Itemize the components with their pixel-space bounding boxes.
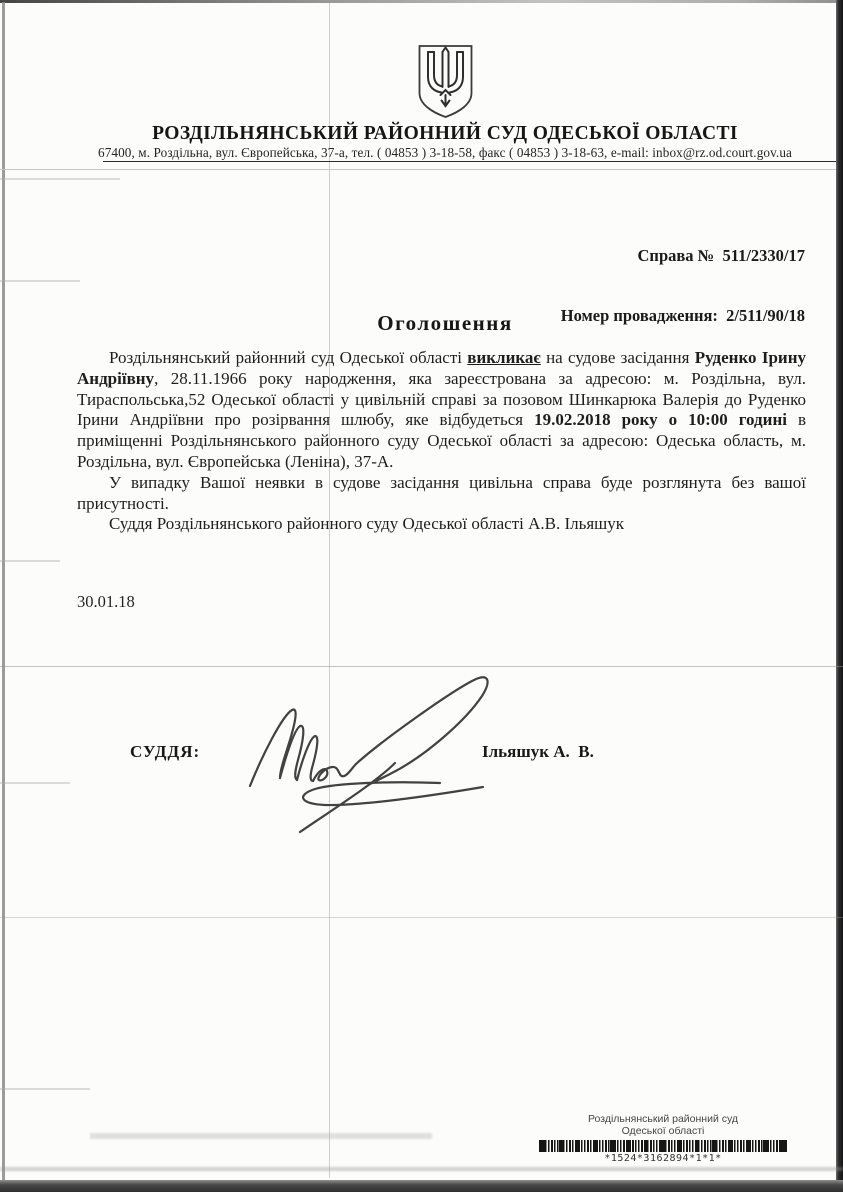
barcode-value: *1524*3162894*1*1* xyxy=(538,1153,788,1165)
letterhead-rule xyxy=(103,161,836,162)
paper-fold-vertical xyxy=(329,0,330,1178)
stamp-court-line2: Одеської області xyxy=(538,1126,788,1138)
text-segment-bold: 19.02.2018 року о 10:00 годині xyxy=(534,410,787,429)
court-name: РОЗДІЛЬНЯНСЬКИЙ РАЙОННИЙ СУД ОДЕСЬКОЇ ОБ… xyxy=(50,123,840,145)
paper-fold-horizontal-2 xyxy=(0,917,843,918)
scan-edge-right xyxy=(836,0,843,1192)
judge-signature-label: СУДДЯ: xyxy=(130,742,200,762)
paper-fold-horizontal xyxy=(0,666,843,667)
registration-stamp: Роздільнянський районний суд Одеської об… xyxy=(538,1114,788,1165)
text-segment: на судове засідання xyxy=(541,348,695,367)
case-number-line: Справа № 511/2330/17 xyxy=(561,246,805,266)
scan-streak xyxy=(0,280,80,282)
judge-handwritten-signature xyxy=(230,668,500,843)
scanned-court-document: РОЗДІЛЬНЯНСЬКИЙ РАЙОННИЙ СУД ОДЕСЬКОЇ ОБ… xyxy=(0,0,843,1192)
scan-streak xyxy=(0,782,70,784)
document-body: Роздільнянський районний суд Одеської об… xyxy=(77,348,806,535)
scan-streak xyxy=(0,1088,90,1090)
text-segment-bold-underline: викликає xyxy=(467,348,541,367)
paragraph-judge-line: Суддя Роздільнянського районного суду Од… xyxy=(77,514,806,535)
scan-streak xyxy=(0,178,120,180)
scan-streak xyxy=(0,560,60,562)
court-address: 67400, м. Роздільна, вул. Європейська, 3… xyxy=(50,145,840,161)
case-info-block: Справа № 511/2330/17 Номер провадження: … xyxy=(561,206,805,366)
judge-name: Ільяшук А. В. xyxy=(482,742,594,762)
document-title: Оголошення xyxy=(50,311,840,336)
stamp-court-line1: Роздільнянський районний суд xyxy=(538,1114,788,1126)
ukraine-trident-emblem xyxy=(414,43,477,120)
paragraph-absence-warning: У випадку Вашої неявки в судове засіданн… xyxy=(77,473,806,515)
document-date: 30.01.18 xyxy=(77,592,135,612)
scan-edge-bottom xyxy=(0,1180,843,1192)
scan-smudge xyxy=(90,1133,432,1139)
scan-smudge xyxy=(0,1167,843,1171)
scan-edge-top xyxy=(0,0,843,3)
text-segment: Роздільнянський районний суд Одеської об… xyxy=(109,348,467,367)
letterhead-rule-faint xyxy=(0,169,836,170)
barcode xyxy=(539,1140,787,1152)
paragraph-summons: Роздільнянський районний суд Одеської об… xyxy=(77,348,806,473)
